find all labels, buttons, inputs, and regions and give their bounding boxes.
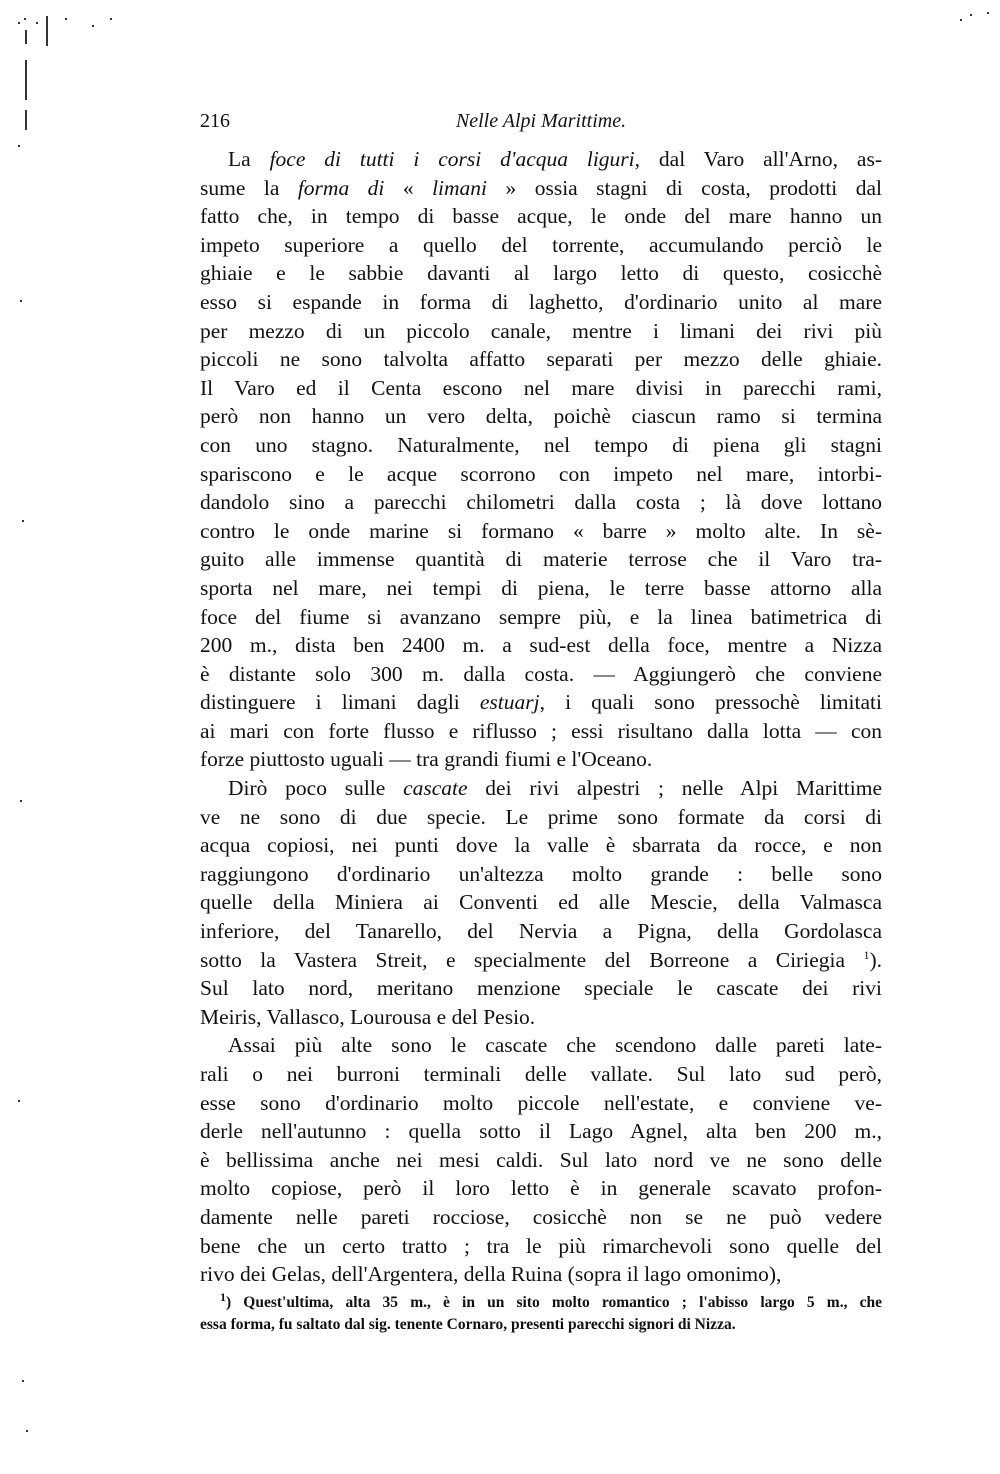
text-span: inferiore, del Tanarello, del Nervia a P… xyxy=(200,919,882,943)
text-span: sotto la Vastera Streit, e specialmente … xyxy=(200,948,863,972)
text-line: spariscono e le acque scorrono con impet… xyxy=(200,460,882,489)
text-line: esse sono d'ordinario molto piccole nell… xyxy=(200,1089,882,1118)
text-line: foce del fiume si avanzano sempre più, e… xyxy=(200,603,882,632)
footnote-text: essa forma, fu saltato dal sig. tenente … xyxy=(200,1316,736,1333)
text-span: per mezzo di un piccolo canale, mentre i… xyxy=(200,319,882,343)
text-line: rali o nei burroni terminali delle valla… xyxy=(200,1060,882,1089)
text-span: è bellissima anche nei mesi caldi. Sul l… xyxy=(200,1148,882,1172)
text-line: raggiungono d'ordinario un'altezza molto… xyxy=(200,860,882,889)
text-span: derle nell'autunno : quella sotto il Lag… xyxy=(200,1119,882,1143)
text-span: dandolo sino a parecchi chilometri dalla… xyxy=(200,490,882,514)
text-span: cascate xyxy=(403,776,467,800)
text-line: contro le onde marine si formano « barre… xyxy=(200,517,882,546)
text-span: impeto superiore a quello del torrente, … xyxy=(200,233,882,257)
text-span: damente nelle pareti rocciose, cosicchè … xyxy=(200,1205,882,1229)
text-span: quelle della Miniera ai Conventi ed alle… xyxy=(200,890,882,914)
body-text: La foce di tutti i corsi d'acqua liguri,… xyxy=(200,145,882,1289)
text-span: è distante solo 300 m. dalla costa. — Ag… xyxy=(200,662,882,686)
text-line: per mezzo di un piccolo canale, mentre i… xyxy=(200,317,882,346)
text-span: guito alle immense quantità di materie t… xyxy=(200,547,882,571)
text-line: ai mari con forte flusso e riflusso ; es… xyxy=(200,717,882,746)
text-line: La foce di tutti i corsi d'acqua liguri,… xyxy=(200,145,882,174)
text-span: piccoli ne sono talvolta affatto separat… xyxy=(200,347,882,371)
text-line: acqua copiosi, nei punti dove la valle è… xyxy=(200,831,882,860)
text-span: 200 m., dista ben 2400 m. a sud-est dell… xyxy=(200,633,882,657)
footnotes: 1) Quest'ultima, alta 35 m., è in un sit… xyxy=(200,1292,882,1336)
text-span: ghiaie e le sabbie davanti al largo lett… xyxy=(200,261,882,285)
text-line: rivo dei Gelas, dell'Argentera, della Ru… xyxy=(200,1260,882,1289)
text-span: Dirò poco sulle xyxy=(228,776,403,800)
text-span: foce di tutti i corsi d'acqua liguri xyxy=(270,147,635,171)
text-span: forze piuttosto uguali — tra grandi fium… xyxy=(200,747,652,771)
text-line: Assai più alte sono le cascate che scend… xyxy=(200,1031,882,1060)
footnote-text: ) Quest'ultima, alta 35 m., è in un sito… xyxy=(226,1294,882,1311)
footnote-line: essa forma, fu saltato dal sig. tenente … xyxy=(200,1314,882,1336)
text-span: esse sono d'ordinario molto piccole nell… xyxy=(200,1091,882,1115)
text-line: Sul lato nord, meritano menzione special… xyxy=(200,974,882,1003)
text-span: ai mari con forte flusso e riflusso ; es… xyxy=(200,719,882,743)
text-span: foce del fiume si avanzano sempre più, e… xyxy=(200,605,882,629)
text-span: forma di xyxy=(298,176,385,200)
text-span: rali o nei burroni terminali delle valla… xyxy=(200,1062,882,1086)
text-line: con uno stagno. Naturalmente, nel tempo … xyxy=(200,431,882,460)
text-line: molto copiose, però il loro letto è in g… xyxy=(200,1174,882,1203)
text-span: spariscono e le acque scorrono con impet… xyxy=(200,462,882,486)
text-span: La xyxy=(228,147,270,171)
text-span: , i quali sono pressochè limitati xyxy=(540,690,882,714)
text-span: Il Varo ed il Centa escono nel mare divi… xyxy=(200,376,882,400)
text-span: dei rivi alpestri ; nelle Alpi Marittime xyxy=(468,776,882,800)
text-line: inferiore, del Tanarello, del Nervia a P… xyxy=(200,917,882,946)
text-line: Il Varo ed il Centa escono nel mare divi… xyxy=(200,374,882,403)
text-span: sporta nel mare, nei tempi di piena, le … xyxy=(200,576,882,600)
text-line: sotto la Vastera Streit, e specialmente … xyxy=(200,946,882,975)
text-span: raggiungono d'ordinario un'altezza molto… xyxy=(200,862,882,886)
text-span: Assai più alte sono le cascate che scend… xyxy=(228,1033,882,1057)
text-line: Meiris, Vallasco, Lourousa e del Pesio. xyxy=(200,1003,882,1032)
text-line: ve ne sono di due specie. Le prime sono … xyxy=(200,803,882,832)
text-line: guito alle immense quantità di materie t… xyxy=(200,545,882,574)
text-span: bene che un certo tratto ; tra le più ri… xyxy=(200,1234,882,1258)
text-line: però non hanno un vero delta, poichè cia… xyxy=(200,402,882,431)
text-span: contro le onde marine si formano « barre… xyxy=(200,519,882,543)
text-line: sume la forma di « limani » ossia stagni… xyxy=(200,174,882,203)
text-line: derle nell'autunno : quella sotto il Lag… xyxy=(200,1117,882,1146)
book-page: 216 Nelle Alpi Marittime. La foce di tut… xyxy=(0,0,1000,1474)
text-line: fatto che, in tempo di basse acque, le o… xyxy=(200,202,882,231)
text-span: Sul lato nord, meritano menzione special… xyxy=(200,976,882,1000)
text-line: 200 m., dista ben 2400 m. a sud-est dell… xyxy=(200,631,882,660)
text-span: però non hanno un vero delta, poichè cia… xyxy=(200,404,882,428)
text-line: distinguere i limani dagli estuarj, i qu… xyxy=(200,688,882,717)
running-title: Nelle Alpi Marittime. xyxy=(200,110,882,133)
running-head: 216 Nelle Alpi Marittime. xyxy=(200,110,882,138)
text-line: piccoli ne sono talvolta affatto separat… xyxy=(200,345,882,374)
text-span: esso si espande in forma di laghetto, d'… xyxy=(200,290,882,314)
text-span: « xyxy=(384,176,432,200)
text-span: ). xyxy=(869,948,882,972)
footnote-line: 1) Quest'ultima, alta 35 m., è in un sit… xyxy=(200,1292,882,1314)
text-line: bene che un certo tratto ; tra le più ri… xyxy=(200,1232,882,1261)
text-line: esso si espande in forma di laghetto, d'… xyxy=(200,288,882,317)
text-span: limani xyxy=(432,176,487,200)
text-span: rivo dei Gelas, dell'Argentera, della Ru… xyxy=(200,1262,781,1286)
text-span: distinguere i limani dagli xyxy=(200,690,480,714)
text-span: molto copiose, però il loro letto è in g… xyxy=(200,1176,882,1200)
text-span: Meiris, Vallasco, Lourousa e del Pesio. xyxy=(200,1005,535,1029)
text-span: , dal Varo all'Arno, as- xyxy=(635,147,882,171)
text-line: quelle della Miniera ai Conventi ed alle… xyxy=(200,888,882,917)
text-span: ve ne sono di due specie. Le prime sono … xyxy=(200,805,882,829)
text-line: è bellissima anche nei mesi caldi. Sul l… xyxy=(200,1146,882,1175)
text-line: forze piuttosto uguali — tra grandi fium… xyxy=(200,745,882,774)
text-line: è distante solo 300 m. dalla costa. — Ag… xyxy=(200,660,882,689)
text-line: sporta nel mare, nei tempi di piena, le … xyxy=(200,574,882,603)
text-line: damente nelle pareti rocciose, cosicchè … xyxy=(200,1203,882,1232)
text-line: Dirò poco sulle cascate dei rivi alpestr… xyxy=(200,774,882,803)
text-span: » ossia stagni di costa, prodotti dal xyxy=(487,176,882,200)
text-span: con uno stagno. Naturalmente, nel tempo … xyxy=(200,433,882,457)
text-line: ghiaie e le sabbie davanti al largo lett… xyxy=(200,259,882,288)
text-span: sume la xyxy=(200,176,298,200)
text-span: acqua copiosi, nei punti dove la valle è… xyxy=(200,833,882,857)
text-line: dandolo sino a parecchi chilometri dalla… xyxy=(200,488,882,517)
text-span: estuarj xyxy=(480,690,540,714)
text-line: impeto superiore a quello del torrente, … xyxy=(200,231,882,260)
text-span: fatto che, in tempo di basse acque, le o… xyxy=(200,204,882,228)
